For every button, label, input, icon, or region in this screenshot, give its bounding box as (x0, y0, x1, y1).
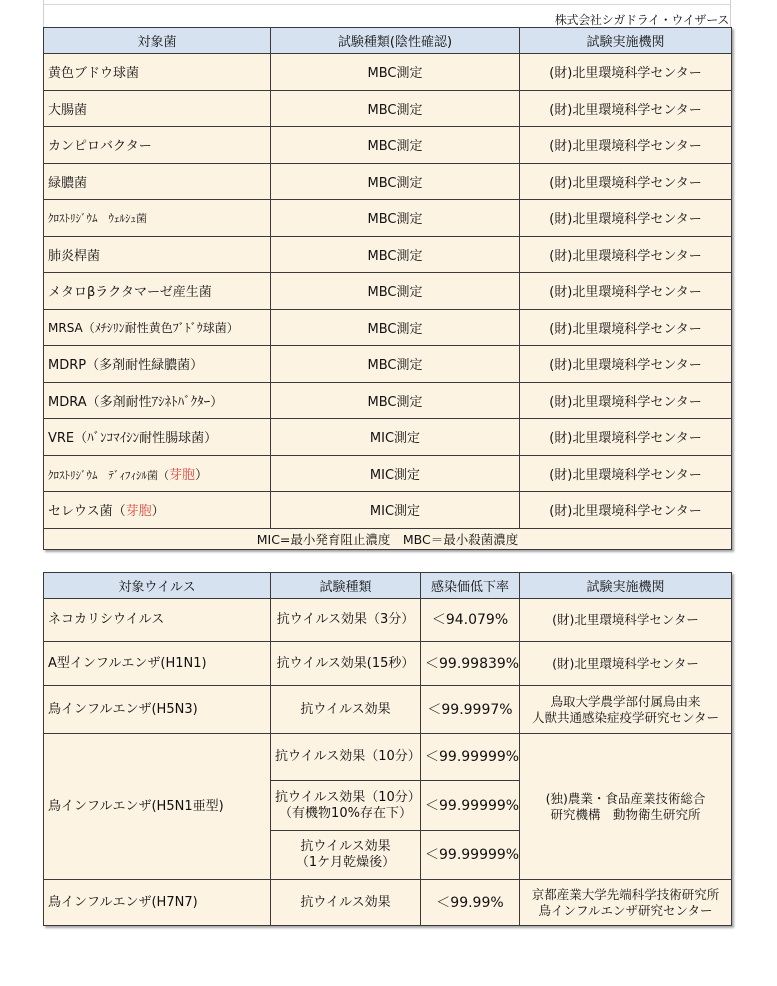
org-cell: (財)北里環境科学センター (520, 90, 732, 127)
target-cell: メタロβラクタマーゼ産生菌 (44, 273, 271, 310)
test-cell: MIC測定 (271, 419, 520, 456)
test-cell: MBC測定 (271, 382, 520, 419)
table-header-row: 対象菌 試験種類(陰性確認) 試験実施機関 (44, 28, 732, 54)
test-cell: MBC測定 (271, 54, 520, 91)
target-cell: MRSA（ﾒﾁｼﾘﾝ耐性黄色ﾌﾞﾄﾞｳ球菌） (44, 309, 271, 346)
target-cell: MDRP（多剤耐性緑膿菌） (44, 346, 271, 383)
target-cell: ｸﾛｽﾄﾘｼﾞｳﾑ ｳｪﾙｼｭ菌 (44, 200, 271, 237)
test-cell: MBC測定 (271, 200, 520, 237)
org-cell: (財)北里環境科学センター (520, 455, 732, 492)
spore-note: 芽胞 (169, 468, 195, 483)
test-line: （有機物10%存在下） (275, 806, 416, 822)
rate-cell: ＜99.99999% (421, 831, 520, 880)
test-cell: MBC測定 (271, 346, 520, 383)
test-cell: 抗ウイルス効果（1ケ月乾燥後） (271, 831, 421, 880)
footnote: MIC=最小発育阻止濃度 MBC＝最小殺菌濃度 (44, 528, 732, 549)
org-cell: (財)北里環境科学センター (520, 382, 732, 419)
table-row: VRE（ﾊﾞﾝｺﾏｲｼﾝ耐性腸球菌） MIC測定 (財)北里環境科学センター (44, 419, 732, 456)
rate-cell: ＜94.079% (421, 599, 520, 642)
org-line: 京都産業大学先端科学技術研究所 (524, 887, 727, 903)
target-text: ｸﾛｽﾄﾘｼﾞｳﾑ ﾃﾞｨﾌｨｼﾙ菌（ (48, 469, 169, 482)
test-cell: MBC測定 (271, 90, 520, 127)
test-cell: MIC測定 (271, 455, 520, 492)
virus-test-table: 対象ウイルス 試験種類 感染価低下率 試験実施機関 ネコカリシウイルス 抗ウイル… (43, 572, 732, 926)
test-cell: MBC測定 (271, 309, 520, 346)
target-cell: 緑膿菌 (44, 163, 271, 200)
top-divider (43, 4, 731, 5)
rate-cell: ＜99.99% (421, 880, 520, 926)
company-name: 株式会社シガドライ・ウイザース (555, 11, 729, 28)
table-row: カンピロバクター MBC測定 (財)北里環境科学センター (44, 127, 732, 164)
footnote-row: MIC=最小発育阻止濃度 MBC＝最小殺菌濃度 (44, 528, 732, 549)
test-line: 抗ウイルス効果（10分） (275, 790, 416, 806)
org-cell: (財)北里環境科学センター (520, 236, 732, 273)
test-cell: 抗ウイルス効果（10分） (271, 734, 421, 781)
col-header-test: 試験種類 (271, 573, 421, 599)
table-row: 鳥インフルエンザ(H5N1亜型) 抗ウイルス効果（10分） ＜99.99999%… (44, 734, 732, 781)
table-row: 黄色ブドウ球菌 MBC測定 (財)北里環境科学センター (44, 54, 732, 91)
test-cell: 抗ウイルス効果 (271, 880, 421, 926)
target-cell: VRE（ﾊﾞﾝｺﾏｲｼﾝ耐性腸球菌） (44, 419, 271, 456)
right-gridline (730, 0, 731, 28)
rate-cell: ＜99.9997% (421, 686, 520, 734)
table-row: A型インフルエンザ(H1N1) 抗ウイルス効果(15秒） ＜99.99839% … (44, 642, 732, 686)
test-cell: 抗ウイルス効果(15秒） (271, 642, 421, 686)
rate-cell: ＜99.99999% (421, 781, 520, 831)
target-cell: 鳥インフルエンザ(H5N1亜型) (44, 734, 271, 880)
org-cell: (財)北里環境科学センター (520, 200, 732, 237)
table-row: MDRP（多剤耐性緑膿菌） MBC測定 (財)北里環境科学センター (44, 346, 732, 383)
table-row: ネコカリシウイルス 抗ウイルス効果（3分） ＜94.079% (財)北里環境科学… (44, 599, 732, 642)
col-header-test: 試験種類(陰性確認) (271, 28, 520, 54)
target-cell: ｸﾛｽﾄﾘｼﾞｳﾑ ﾃﾞｨﾌｨｼﾙ菌（芽胞） (44, 455, 271, 492)
test-cell: MBC測定 (271, 273, 520, 310)
target-cell: 大腸菌 (44, 90, 271, 127)
col-header-org: 試験実施機関 (520, 28, 732, 54)
org-line: 鳥取大学農学部付属鳥由来 (524, 694, 727, 710)
org-cell: (財)北里環境科学センター (520, 642, 732, 686)
org-cell: (財)北里環境科学センター (520, 54, 732, 91)
rate-cell: ＜99.99839% (421, 642, 520, 686)
target-cell: 鳥インフルエンザ(H5N3) (44, 686, 271, 734)
target-cell: セレウス菌（芽胞） (44, 492, 271, 529)
target-suffix: ） (152, 504, 165, 519)
table-row: 鳥インフルエンザ(H7N7) 抗ウイルス効果 ＜99.99% 京都産業大学先端科… (44, 880, 732, 926)
org-cell: 鳥取大学農学部付属鳥由来人獣共通感染症疫学研究センター (520, 686, 732, 734)
org-cell: (財)北里環境科学センター (520, 309, 732, 346)
org-line: 人獣共通感染症疫学研究センター (524, 710, 727, 726)
left-gridline (43, 0, 44, 28)
table-row: 大腸菌 MBC測定 (財)北里環境科学センター (44, 90, 732, 127)
target-cell: 黄色ブドウ球菌 (44, 54, 271, 91)
target-cell: ネコカリシウイルス (44, 599, 271, 642)
org-cell: (財)北里環境科学センター (520, 599, 732, 642)
table-row: 肺炎桿菌 MBC測定 (財)北里環境科学センター (44, 236, 732, 273)
col-header-target: 対象菌 (44, 28, 271, 54)
org-line: (独)農業・食品産業技術総合 (524, 791, 727, 807)
test-cell: 抗ウイルス効果（3分） (271, 599, 421, 642)
spore-note: 芽胞 (126, 504, 152, 519)
table-row: 鳥インフルエンザ(H5N3) 抗ウイルス効果 ＜99.9997% 鳥取大学農学部… (44, 686, 732, 734)
target-cell: 鳥インフルエンザ(H7N7) (44, 880, 271, 926)
org-line: 研究機構 動物衛生研究所 (524, 807, 727, 823)
table-row: MDRA（多剤耐性ｱｼﾈﾄﾊﾞｸﾀｰ） MBC測定 (財)北里環境科学センター (44, 382, 732, 419)
table-row: MRSA（ﾒﾁｼﾘﾝ耐性黄色ﾌﾞﾄﾞｳ球菌） MBC測定 (財)北里環境科学セン… (44, 309, 732, 346)
table-row: 緑膿菌 MBC測定 (財)北里環境科学センター (44, 163, 732, 200)
test-cell: 抗ウイルス効果（10分）（有機物10%存在下） (271, 781, 421, 831)
target-cell: A型インフルエンザ(H1N1) (44, 642, 271, 686)
bacteria-test-table: 対象菌 試験種類(陰性確認) 試験実施機関 黄色ブドウ球菌 MBC測定 (財)北… (43, 27, 732, 550)
table-row: ｸﾛｽﾄﾘｼﾞｳﾑ ｳｪﾙｼｭ菌 MBC測定 (財)北里環境科学センター (44, 200, 732, 237)
rate-cell: ＜99.99999% (421, 734, 520, 781)
table-row: セレウス菌（芽胞） MIC測定 (財)北里環境科学センター (44, 492, 732, 529)
target-text: セレウス菌（ (48, 504, 126, 519)
target-cell: MDRA（多剤耐性ｱｼﾈﾄﾊﾞｸﾀｰ） (44, 382, 271, 419)
test-cell: MIC測定 (271, 492, 520, 529)
col-header-target: 対象ウイルス (44, 573, 271, 599)
test-cell: MBC測定 (271, 163, 520, 200)
org-cell: (財)北里環境科学センター (520, 492, 732, 529)
org-cell: (財)北里環境科学センター (520, 346, 732, 383)
test-line: （1ケ月乾燥後） (275, 855, 416, 871)
org-cell: 京都産業大学先端科学技術研究所鳥インフルエンザ研究センター (520, 880, 732, 926)
org-cell: (財)北里環境科学センター (520, 163, 732, 200)
col-header-rate: 感染価低下率 (421, 573, 520, 599)
org-cell: (財)北里環境科学センター (520, 273, 732, 310)
target-suffix: ） (195, 468, 208, 483)
col-header-org: 試験実施機関 (520, 573, 732, 599)
table-header-row: 対象ウイルス 試験種類 感染価低下率 試験実施機関 (44, 573, 732, 599)
test-cell: 抗ウイルス効果 (271, 686, 421, 734)
table-row: メタロβラクタマーゼ産生菌 MBC測定 (財)北里環境科学センター (44, 273, 732, 310)
org-cell: (独)農業・食品産業技術総合研究機構 動物衛生研究所 (520, 734, 732, 880)
test-line: 抗ウイルス効果 (275, 839, 416, 855)
test-cell: MBC測定 (271, 236, 520, 273)
target-cell: カンピロバクター (44, 127, 271, 164)
org-line: 鳥インフルエンザ研究センター (524, 903, 727, 919)
org-cell: (財)北里環境科学センター (520, 127, 732, 164)
test-cell: MBC測定 (271, 127, 520, 164)
table-row: ｸﾛｽﾄﾘｼﾞｳﾑ ﾃﾞｨﾌｨｼﾙ菌（芽胞） MIC測定 (財)北里環境科学セン… (44, 455, 732, 492)
org-cell: (財)北里環境科学センター (520, 419, 732, 456)
target-cell: 肺炎桿菌 (44, 236, 271, 273)
